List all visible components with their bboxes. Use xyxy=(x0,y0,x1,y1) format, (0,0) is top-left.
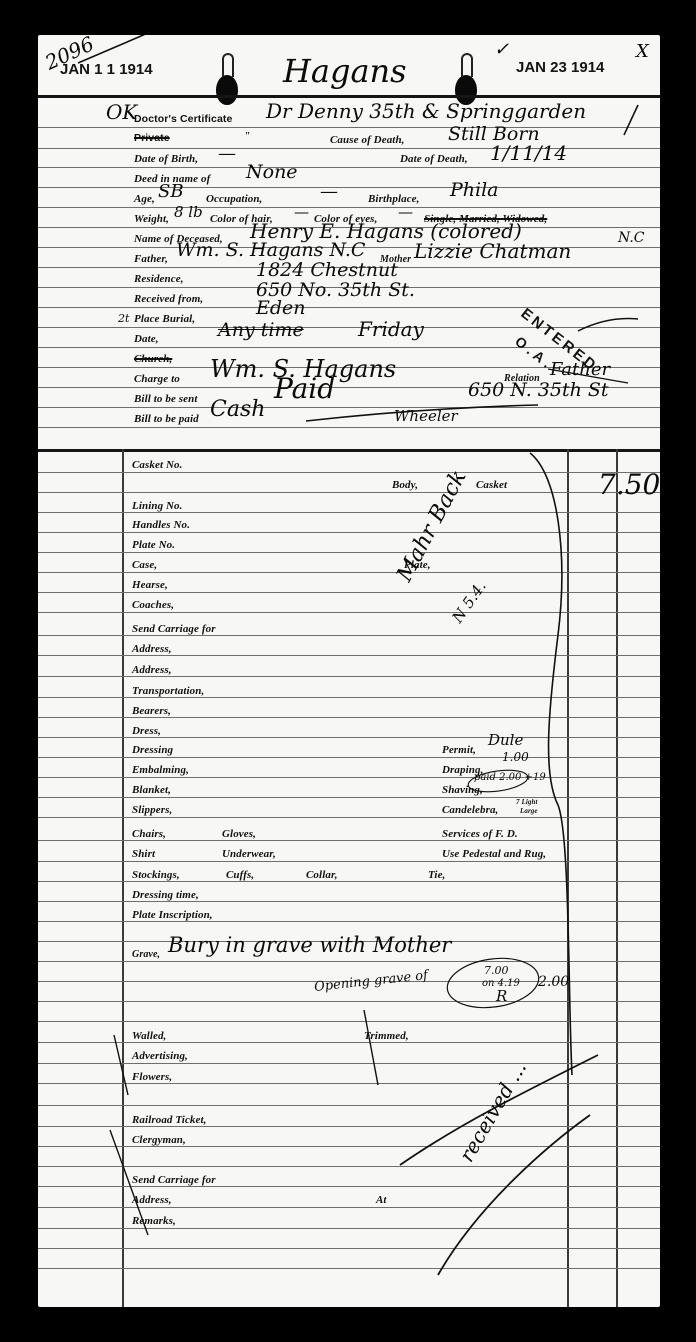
pen-strokes xyxy=(38,35,660,1307)
funeral-record-sheet: 2096 JAN 1 1 1914 Hagans ✓ JAN 23 1914 X… xyxy=(38,35,660,1307)
